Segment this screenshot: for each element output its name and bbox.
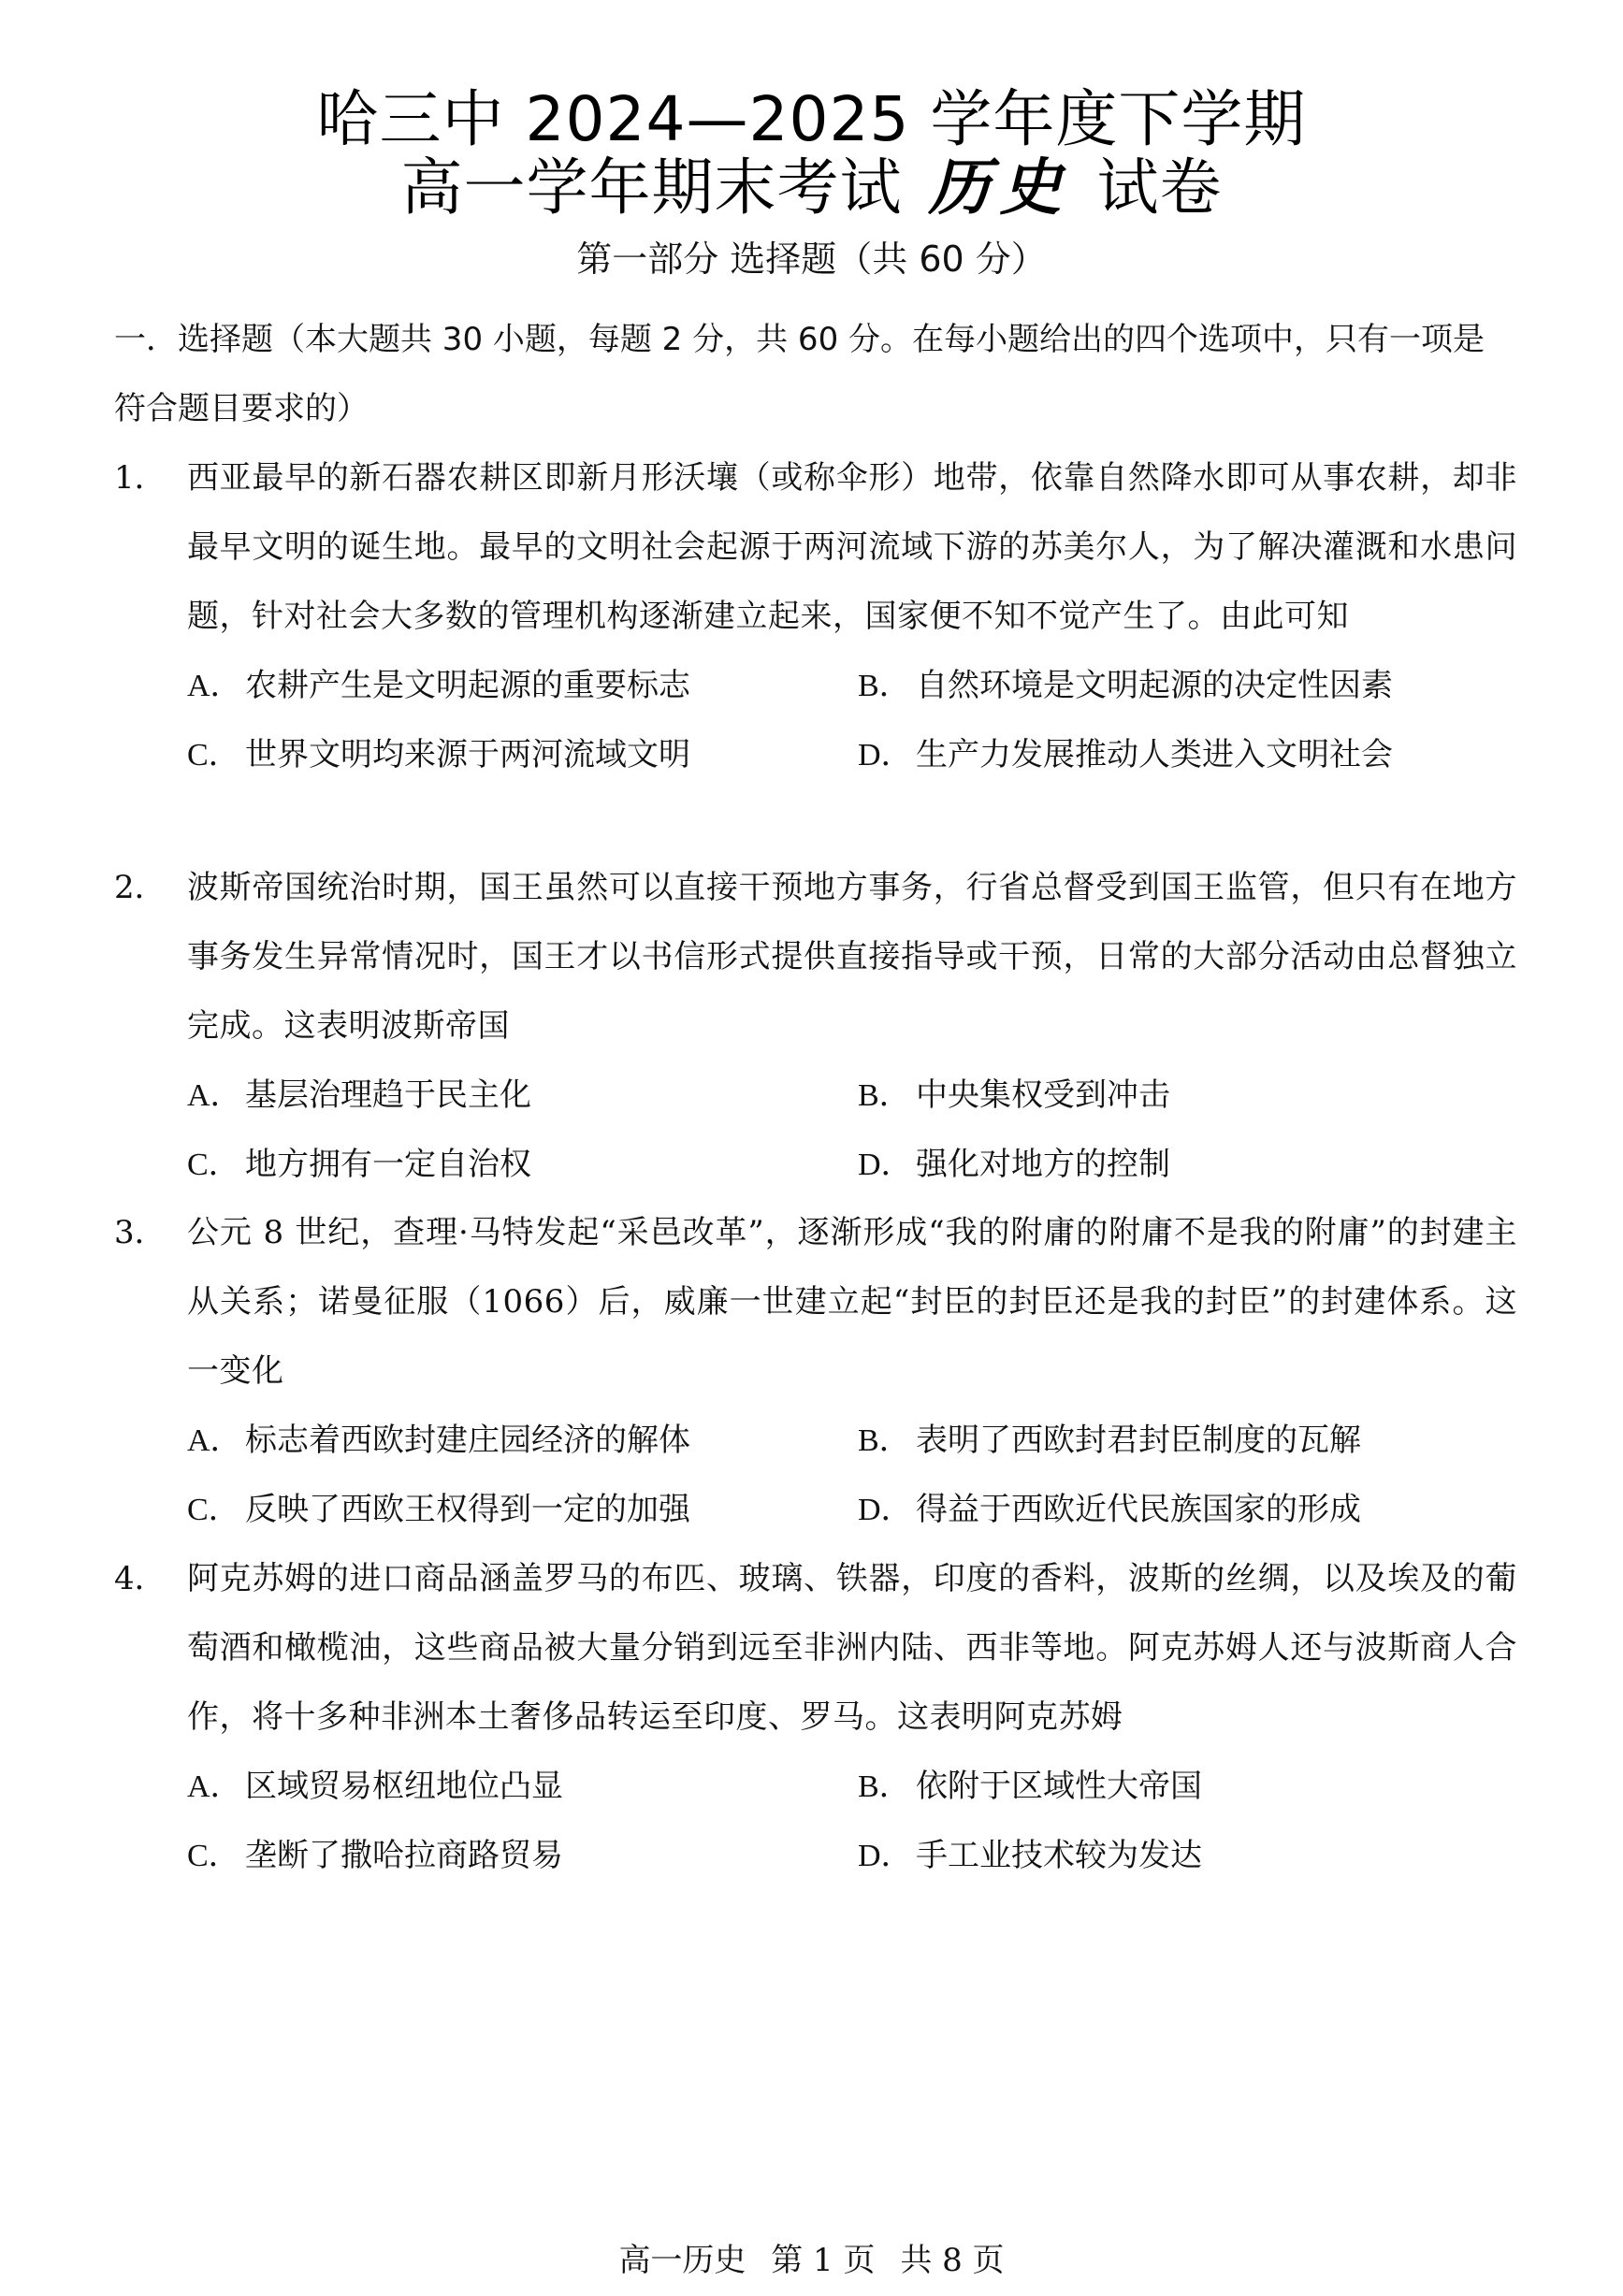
options: A．区域贸易枢纽地位凸显 B．依附于区域性大帝国 C．垄断了撒哈拉商路贸易 D．… <box>187 1752 1517 1890</box>
title-subject: 历史 <box>929 150 1071 224</box>
option-d[interactable]: D．得益于西欧近代民族国家的形成 <box>858 1475 1361 1545</box>
options: A．农耕产生是文明起源的重要标志 B．自然环境是文明起源的决定性因素 C．世界文… <box>187 651 1517 789</box>
option-a[interactable]: A．标志着西欧封建庄园经济的解体 <box>187 1406 858 1476</box>
options: A．标志着西欧封建庄园经济的解体 B．表明了西欧封君封臣制度的瓦解 C．反映了西… <box>187 1406 1517 1544</box>
option-c[interactable]: C．地方拥有一定自治权 <box>187 1130 858 1200</box>
exam-title-line2: 高一学年期末考试历史试卷 <box>0 150 1623 225</box>
option-b[interactable]: B．依附于区域性大帝国 <box>858 1752 1202 1822</box>
option-c[interactable]: C．垄断了撒哈拉商路贸易 <box>187 1821 858 1891</box>
exam-page: 哈三中 2024—2025 学年度下学期 高一学年期末考试历史试卷 第一部分 选… <box>0 0 1623 2296</box>
question-number: 2． <box>114 853 180 922</box>
option-a[interactable]: A．基层治理趋于民主化 <box>187 1061 858 1131</box>
footer-total-pages: 共 8 页 <box>900 2242 1004 2279</box>
option-d[interactable]: D．手工业技术较为发达 <box>858 1821 1202 1891</box>
question-stem: 西亚最早的新石器农耕区即新月形沃壤（或称伞形）地带，依靠自然降水即可从事农耕，却… <box>187 443 1517 651</box>
option-b[interactable]: B．中央集权受到冲击 <box>858 1061 1170 1131</box>
option-c[interactable]: C．世界文明均来源于两河流域文明 <box>187 720 858 790</box>
option-b[interactable]: B．表明了西欧封君封臣制度的瓦解 <box>858 1406 1361 1476</box>
question-1: 1． 西亚最早的新石器农耕区即新月形沃壤（或称伞形）地带，依靠自然降水即可从事农… <box>114 443 1517 789</box>
title-prefix: 高一学年期末考试 <box>401 152 903 224</box>
section-instructions: 一．选择题（本大题共 30 小题，每题 2 分，共 60 分。在每小题给出的四个… <box>114 305 1508 443</box>
exam-title-line1: 哈三中 2024—2025 学年度下学期 <box>0 82 1623 157</box>
question-number: 4． <box>114 1544 180 1613</box>
question-3: 3． 公元 8 世纪，查理·马特发起“采邑改革”，逐渐形成“我的附庸的附庸不是我… <box>114 1198 1517 1544</box>
option-a[interactable]: A．农耕产生是文明起源的重要标志 <box>187 651 858 721</box>
title-suffix: 试卷 <box>1097 152 1223 224</box>
option-d[interactable]: D．生产力发展推动人类进入文明社会 <box>858 720 1393 790</box>
question-stem: 阿克苏姆的进口商品涵盖罗马的布匹、玻璃、铁器，印度的香料，波斯的丝绸，以及埃及的… <box>187 1544 1517 1752</box>
question-stem: 公元 8 世纪，查理·马特发起“采邑改革”，逐渐形成“我的附庸的附庸不是我的附庸… <box>187 1198 1517 1406</box>
question-4: 4． 阿克苏姆的进口商品涵盖罗马的布匹、玻璃、铁器，印度的香料，波斯的丝绸，以及… <box>114 1544 1517 1890</box>
option-a[interactable]: A．区域贸易枢纽地位凸显 <box>187 1752 858 1822</box>
page-footer: 高一历史 第 1 页 共 8 页 <box>0 2240 1623 2281</box>
option-d[interactable]: D．强化对地方的控制 <box>858 1130 1170 1200</box>
option-b[interactable]: B．自然环境是文明起源的决定性因素 <box>858 651 1393 721</box>
question-number: 3． <box>114 1198 180 1267</box>
footer-subject: 高一历史 <box>618 2242 746 2279</box>
part-title: 第一部分 选择题（共 60 分） <box>0 236 1623 282</box>
footer-page-number: 第 1 页 <box>771 2242 875 2279</box>
question-stem: 波斯帝国统治时期，国王虽然可以直接干预地方事务，行省总督受到国王监管，但只有在地… <box>187 853 1517 1061</box>
options: A．基层治理趋于民主化 B．中央集权受到冲击 C．地方拥有一定自治权 D．强化对… <box>187 1061 1517 1199</box>
question-number: 1． <box>114 443 180 513</box>
question-2: 2． 波斯帝国统治时期，国王虽然可以直接干预地方事务，行省总督受到国王监管，但只… <box>114 853 1517 1199</box>
option-c[interactable]: C．反映了西欧王权得到一定的加强 <box>187 1475 858 1545</box>
